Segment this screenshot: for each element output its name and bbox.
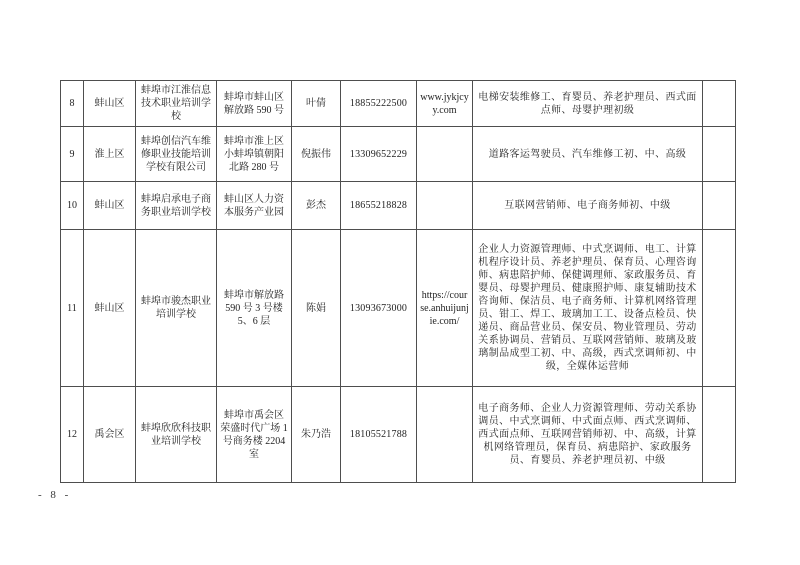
cell-website: https://course.anhuijunjie.com/ [417,230,473,387]
cell-school-name: 蚌埠欣欣科技职业培训学校 [136,387,217,483]
cell-courses: 企业人力资源管理师、中式烹调师、电工、计算机程序设计员、养老护理员、保育员、心理… [473,230,703,387]
cell-row-number: 10 [61,182,84,230]
cell-address: 蚌埠市禹会区荣盛时代广场 1 号商务楼 2204 室 [217,387,292,483]
cell-school-name: 蚌埠市江淮信息技术职业培训学校 [136,81,217,127]
training-schools-table: 8 蚌山区 蚌埠市江淮信息技术职业培训学校 蚌埠市蚌山区解放路 590 号 叶倩… [60,80,736,483]
cell-website [417,127,473,182]
cell-courses: 互联网营销师、电子商务师初、中级 [473,182,703,230]
cell-phone: 13093673000 [341,230,417,387]
table-row: 11 蚌山区 蚌埠市骏杰职业培训学校 蚌埠市解放路 590 号 3 号楼 5、6… [61,230,736,387]
cell-phone: 18655218828 [341,182,417,230]
cell-contact: 倪振伟 [292,127,341,182]
cell-address: 蚌埠市蚌山区解放路 590 号 [217,81,292,127]
cell-school-name: 蚌埠市骏杰职业培训学校 [136,230,217,387]
cell-note [703,182,736,230]
cell-address: 蚌埠市淮上区小蚌埠镇朝阳北路 280 号 [217,127,292,182]
page-number: - 8 - [38,489,71,501]
cell-district: 蚌山区 [84,182,136,230]
table-row: 9 淮上区 蚌埠创信汽车维修职业技能培训学校有限公司 蚌埠市淮上区小蚌埠镇朝阳北… [61,127,736,182]
cell-row-number: 9 [61,127,84,182]
cell-courses: 道路客运驾驶员、汽车维修工初、中、高级 [473,127,703,182]
cell-phone: 13309652229 [341,127,417,182]
cell-district: 禹会区 [84,387,136,483]
cell-school-name: 蚌埠启承电子商务职业培训学校 [136,182,217,230]
cell-phone: 18855222500 [341,81,417,127]
cell-website [417,387,473,483]
cell-note [703,387,736,483]
cell-contact: 陈娟 [292,230,341,387]
cell-contact: 叶倩 [292,81,341,127]
cell-contact: 彭杰 [292,182,341,230]
cell-address: 蚌山区人力资本服务产业园 [217,182,292,230]
cell-website [417,182,473,230]
cell-contact: 朱乃浩 [292,387,341,483]
cell-row-number: 12 [61,387,84,483]
table-row: 12 禹会区 蚌埠欣欣科技职业培训学校 蚌埠市禹会区荣盛时代广场 1 号商务楼 … [61,387,736,483]
cell-district: 蚌山区 [84,81,136,127]
cell-website: www.jykjcyy.com [417,81,473,127]
cell-district: 淮上区 [84,127,136,182]
cell-row-number: 8 [61,81,84,127]
cell-note [703,230,736,387]
cell-courses: 电梯安装维修工、育婴员、养老护理员、西式面点师、母婴护理初级 [473,81,703,127]
cell-note [703,81,736,127]
table-row: 10 蚌山区 蚌埠启承电子商务职业培训学校 蚌山区人力资本服务产业园 彭杰 18… [61,182,736,230]
cell-row-number: 11 [61,230,84,387]
cell-address: 蚌埠市解放路 590 号 3 号楼 5、6 层 [217,230,292,387]
cell-phone: 18105521788 [341,387,417,483]
cell-district: 蚌山区 [84,230,136,387]
cell-school-name: 蚌埠创信汽车维修职业技能培训学校有限公司 [136,127,217,182]
document-page: 8 蚌山区 蚌埠市江淮信息技术职业培训学校 蚌埠市蚌山区解放路 590 号 叶倩… [0,0,800,565]
cell-courses: 电子商务师、企业人力资源管理师、劳动关系协调员、中式烹调师、中式面点师、西式烹调… [473,387,703,483]
cell-note [703,127,736,182]
table-row: 8 蚌山区 蚌埠市江淮信息技术职业培训学校 蚌埠市蚌山区解放路 590 号 叶倩… [61,81,736,127]
